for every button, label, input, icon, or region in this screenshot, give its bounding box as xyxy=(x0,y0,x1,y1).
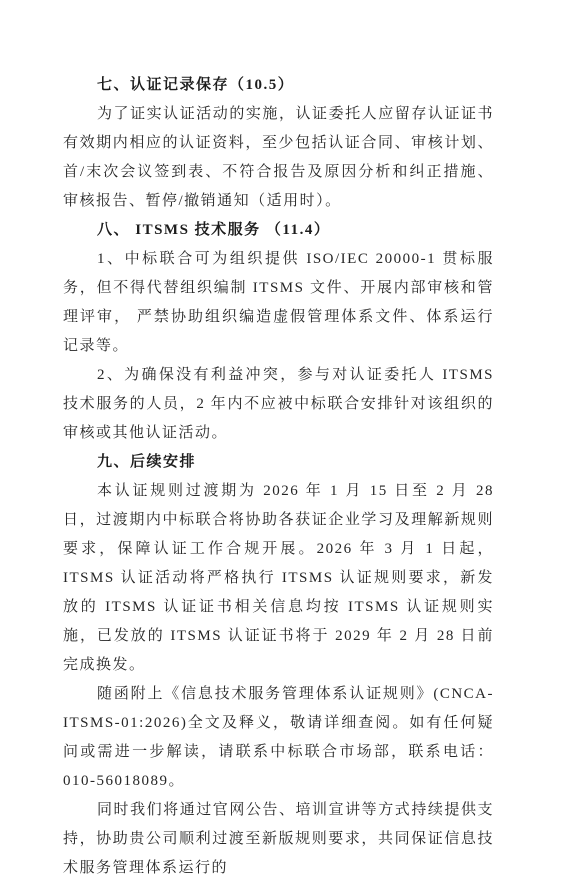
paragraph-itsms-services-item-2: 2、为确保没有利益冲突，参与对认证委托人 ITSMS 技术服务的人员，2 年内不… xyxy=(63,361,494,448)
paragraph-transition-period: 本认证规则过渡期为 2026 年 1 月 15 日至 2 月 28 日，过渡期内… xyxy=(63,477,494,680)
paragraph-itsms-services-item-1: 1、中标联合可为组织提供 ISO/IEC 20000-1 贯标服务，但不得代替组… xyxy=(63,245,494,361)
document-page: 七、认证记录保存（10.5） 为了证实认证活动的实施，认证委托人应留存认证证书有… xyxy=(0,0,566,800)
section-heading-itsms-technical-services: 八、 ITSMS 技术服务 （11.4） xyxy=(63,216,494,245)
paragraph-ongoing-support: 同时我们将通过官网公告、培训宣讲等方式持续提供支持，协助贵公司顺利过渡至新版规则… xyxy=(63,796,494,800)
paragraph-certification-records: 为了证实认证活动的实施，认证委托人应留存认证证书有效期内相应的认证资料，至少包括… xyxy=(63,100,494,216)
paragraph-attachment-and-contact: 随函附上《信息技术服务管理体系认证规则》(CNCA-ITSMS-01:2026)… xyxy=(63,680,494,796)
section-heading-certification-records: 七、认证记录保存（10.5） xyxy=(63,71,494,100)
section-heading-follow-up-arrangements: 九、后续安排 xyxy=(63,448,494,477)
